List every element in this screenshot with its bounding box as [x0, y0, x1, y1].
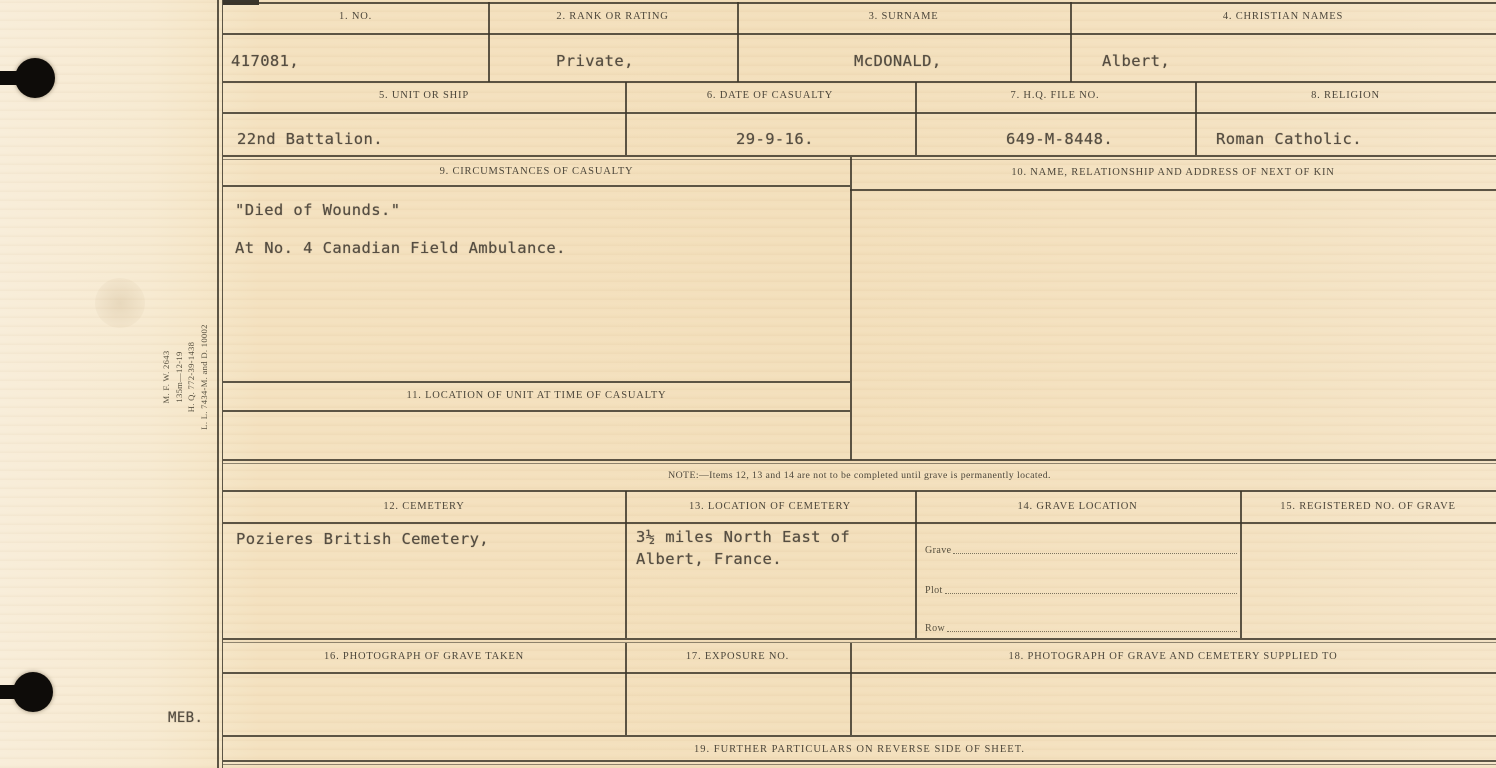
- field-value-surname: McDONALD,: [854, 52, 942, 70]
- field-value-circumstances-line2: At No. 4 Canadian Field Ambulance.: [235, 239, 566, 257]
- row-line: Row: [925, 620, 1237, 634]
- column-divider: [625, 491, 627, 638]
- field-value-cemetery-location-line2: Albert, France.: [636, 550, 782, 568]
- rule: [850, 189, 1496, 191]
- footer-instruction: 19. FURTHER PARTICULARS ON REVERSE SIDE …: [223, 744, 1496, 755]
- dotted-leader: [945, 593, 1237, 594]
- casualty-record-card: M. F. W. 2643 135m—12-19 H. Q. 772-39-14…: [0, 0, 1496, 768]
- punch-hole-bottom-stem: [0, 685, 20, 699]
- plot-line-label: Plot: [925, 585, 945, 596]
- field-label-exposure-no: 17. EXPOSURE NO.: [625, 651, 850, 662]
- field-value-cemetery-location-line1: 3½ miles North East of: [636, 528, 850, 546]
- field-value-no: 417081,: [231, 52, 299, 70]
- punch-hole-top-stem: [0, 71, 22, 85]
- dotted-leader: [953, 553, 1237, 554]
- field-label-grave-location: 14. GRAVE LOCATION: [915, 501, 1240, 512]
- rule: [223, 33, 1496, 35]
- rule: [223, 112, 1496, 114]
- row-divider: [223, 81, 1496, 83]
- column-divider: [488, 2, 490, 82]
- column-divider: [850, 157, 852, 460]
- column-divider: [1195, 82, 1197, 155]
- field-label-cemetery: 12. CEMETERY: [223, 501, 625, 512]
- field-label-next-of-kin: 10. NAME, RELATIONSHIP AND ADDRESS OF NE…: [850, 167, 1496, 178]
- field-label-rank: 2. RANK OR RATING: [488, 11, 737, 22]
- column-divider: [1070, 2, 1072, 82]
- field-label-unit-location: 11. LOCATION OF UNIT AT TIME OF CASUALTY: [223, 390, 850, 401]
- field-value-unit: 22nd Battalion.: [237, 130, 383, 148]
- rule: [223, 185, 850, 187]
- rule: [223, 490, 1496, 492]
- column-divider: [915, 82, 917, 155]
- rule: [223, 522, 1496, 524]
- field-value-christian-names: Albert,: [1102, 52, 1170, 70]
- column-divider: [625, 643, 627, 735]
- field-value-circumstances-line1: "Died of Wounds.": [235, 201, 400, 219]
- section-divider-shadow: [223, 463, 1496, 464]
- field-label-hq-file: 7. H.Q. FILE NO.: [915, 90, 1195, 101]
- bottom-rule-shadow: [223, 764, 1496, 765]
- field-label-date: 6. DATE OF CASUALTY: [625, 90, 915, 101]
- grave-line: Grave: [925, 542, 1237, 556]
- stamp-line: M. F. W. 2643: [160, 318, 173, 436]
- row-divider-shadow: [223, 159, 1496, 160]
- field-label-circumstances: 9. CIRCUMSTANCES OF CASUALTY: [223, 166, 850, 177]
- rule: [223, 381, 850, 383]
- note: NOTE:—Items 12, 13 and 14 are not to be …: [223, 470, 1496, 481]
- field-label-photo-supplied: 18. PHOTOGRAPH OF GRAVE AND CEMETERY SUP…: [850, 651, 1496, 662]
- field-value-religion: Roman Catholic.: [1216, 130, 1362, 148]
- row-line-label: Row: [925, 623, 947, 634]
- field-label-cemetery-location: 13. LOCATION OF CEMETERY: [625, 501, 915, 512]
- plot-line: Plot: [925, 582, 1237, 596]
- field-value-cemetery: Pozieres British Cemetery,: [236, 530, 489, 548]
- column-divider: [850, 643, 852, 735]
- printers-stamp: M. F. W. 2643 135m—12-19 H. Q. 772-39-14…: [160, 318, 218, 436]
- field-value-date: 29-9-16.: [736, 130, 814, 148]
- bottom-rule: [223, 760, 1496, 762]
- rule: [223, 410, 850, 412]
- margin-rule-outer: [217, 0, 219, 768]
- field-label-religion: 8. RELIGION: [1195, 90, 1496, 101]
- field-value-rank: Private,: [556, 52, 634, 70]
- rule: [223, 2, 1496, 4]
- dotted-leader: [947, 631, 1237, 632]
- paper-smudge: [95, 278, 145, 328]
- column-divider: [625, 82, 627, 155]
- row-divider-shadow: [223, 642, 1496, 643]
- stamp-line: H. Q. 772-39-1438: [185, 318, 198, 436]
- stamp-line: 135m—12-19: [173, 318, 186, 436]
- column-divider: [1240, 491, 1242, 638]
- stamp-line: L. L. 7434-M. and D. 10002: [198, 318, 211, 436]
- field-label-registered-no: 15. REGISTERED NO. OF GRAVE: [1240, 501, 1496, 512]
- field-label-christian-names: 4. CHRISTIAN NAMES: [1070, 11, 1496, 22]
- field-label-unit: 5. UNIT OR SHIP: [223, 90, 625, 101]
- column-divider: [915, 491, 917, 638]
- rule: [223, 672, 1496, 674]
- section-divider: [223, 459, 1496, 461]
- row-divider: [223, 155, 1496, 157]
- field-label-no: 1. NO.: [223, 11, 488, 22]
- grave-line-label: Grave: [925, 545, 953, 556]
- row-divider: [223, 735, 1496, 737]
- clerk-initials: MEB.: [168, 710, 203, 726]
- field-label-surname: 3. SURNAME: [737, 11, 1070, 22]
- field-value-hq-file: 649-M-8448.: [1006, 130, 1113, 148]
- column-divider: [737, 2, 739, 82]
- field-label-photo-taken: 16. PHOTOGRAPH OF GRAVE TAKEN: [223, 651, 625, 662]
- row-divider: [223, 638, 1496, 640]
